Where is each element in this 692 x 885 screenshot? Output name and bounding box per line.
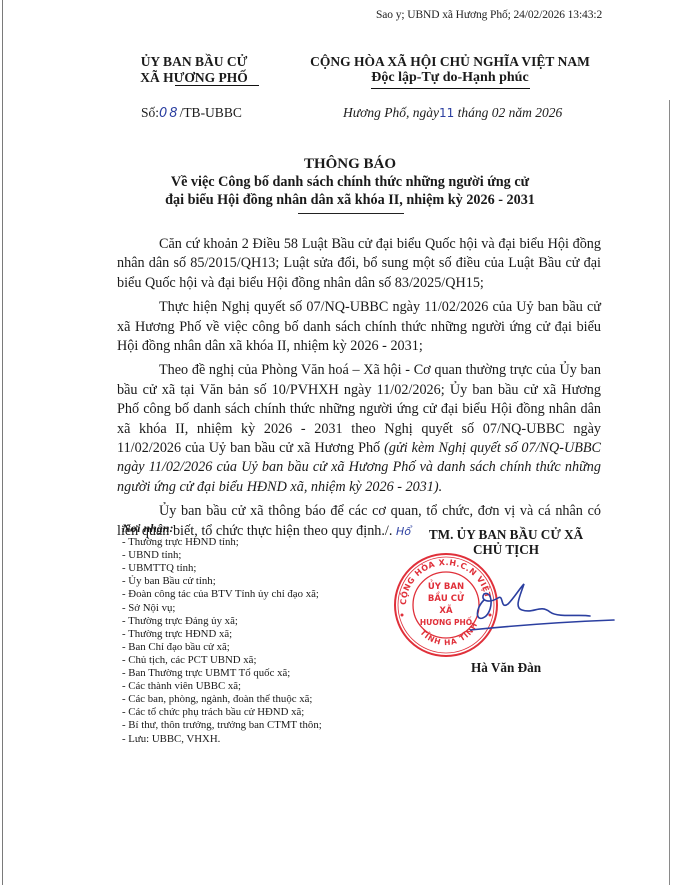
body-paragraph-implementation: Thực hiện Nghị quyết số 07/NQ-UBBC ngày … (117, 298, 601, 356)
recipient-item: - Các tổ chức phụ trách bầu cử HĐND xã; (122, 706, 322, 719)
recipient-item: - Sở Nội vụ; (122, 602, 322, 615)
recipient-item: - Ban Chỉ đạo bầu cử xã; (122, 641, 322, 654)
svg-text:XÃ: XÃ (439, 605, 453, 616)
body-paragraph-proposal: Theo đề nghị của Phòng Văn hoá – Xã hội … (117, 361, 601, 497)
document-title: THÔNG BÁO Về việc Công bố danh sách chín… (100, 155, 600, 209)
svg-text:BẦU CỬ: BẦU CỬ (428, 591, 465, 604)
recipient-item: - Thường trực Đảng ủy xã; (122, 615, 322, 628)
on-behalf-of: TM. ỦY BAN BẦU CỬ XÃ (400, 527, 612, 542)
body-paragraph-legal-basis: Căn cứ khoản 2 Điều 58 Luật Bầu cử đại b… (117, 235, 601, 293)
recipient-item: - Thường trực HĐND tỉnh; (122, 536, 322, 549)
svg-text:HƯƠNG PHỐ: HƯƠNG PHỐ (420, 617, 472, 627)
recipient-item: - Bí thư, thôn trưởng, trưởng ban CTMT t… (122, 719, 322, 732)
recipient-item: - UBND tỉnh; (122, 549, 322, 562)
recipient-item: - Thường trực HĐND xã; (122, 628, 322, 641)
national-header: CỘNG HÒA XÃ HỘI CHỦ NGHĨA VIỆT NAM Độc l… (300, 54, 600, 86)
recipient-item: - Ban Thường trực UBMT Tổ quốc xã; (122, 667, 322, 680)
doc-no-prefix: Số: (141, 105, 159, 120)
title-underline (298, 213, 404, 214)
handwritten-signature-icon (470, 580, 615, 635)
recipients-list: - Thường trực HĐND tỉnh; - UBND tỉnh; - … (122, 536, 322, 746)
document-number: Số:08/TB-UBBC (141, 105, 242, 121)
recipients-block: Nơi nhận: - Thường trực HĐND tỉnh; - UBN… (122, 522, 322, 746)
motto-underline (371, 88, 530, 89)
doc-no-handwritten: 08 (159, 106, 180, 121)
document-body: Căn cứ khoản 2 Điều 58 Luật Bầu cử đại b… (117, 235, 601, 546)
subject-line-2: đại biểu Hội đồng nhân dân xã khóa II, n… (100, 191, 600, 209)
recipient-item: - Các thành viên UBBC xã; (122, 680, 322, 693)
date-prefix: Hương Phố, ngày (343, 105, 439, 120)
org-name-line1: ỦY BAN BẦU CỬ (120, 54, 268, 70)
doc-no-suffix: /TB-UBBC (180, 105, 242, 120)
recipient-item: - UBMTTQ tỉnh; (122, 562, 322, 575)
national-motto: Độc lập-Tự do-Hạnh phúc (300, 70, 600, 86)
page-edge-left (2, 0, 3, 885)
recipients-heading: Nơi nhận: (122, 522, 322, 535)
subject-line-1: Về việc Công bố danh sách chính thức nhữ… (100, 173, 600, 191)
recipient-item: - Chủ tịch, các PCT UBND xã; (122, 654, 322, 667)
recipient-item: - Lưu: UBBC, VHXH. (122, 733, 322, 746)
svg-text:ỦY BAN: ỦY BAN (428, 579, 464, 592)
org-underline (175, 85, 259, 86)
place-and-date: Hương Phố, ngày11 tháng 02 năm 2026 (343, 105, 562, 121)
page-edge-right (669, 100, 670, 885)
title-heading: THÔNG BÁO (100, 155, 600, 173)
date-suffix: tháng 02 năm 2026 (458, 105, 563, 120)
recipient-item: - Đoàn công tác của BTV Tỉnh ủy chỉ đạo … (122, 588, 322, 601)
issuing-organization: ỦY BAN BẦU CỬ XÃ HƯƠNG PHỐ (120, 54, 268, 86)
recipient-item: - Ủy ban Bầu cử tỉnh; (122, 575, 322, 588)
nation-name: CỘNG HÒA XÃ HỘI CHỦ NGHĨA VIỆT NAM (300, 54, 600, 70)
copy-certification-note: Sao y; UBND xã Hương Phố; 24/02/2026 13:… (376, 9, 602, 21)
recipient-item: - Các ban, phòng, ngành, đoàn thể thuộc … (122, 693, 322, 706)
date-day-handwritten: 11 (439, 106, 454, 120)
signer-name: Hà Văn Đàn (400, 660, 612, 676)
org-name-line2: XÃ HƯƠNG PHỐ (120, 70, 268, 86)
